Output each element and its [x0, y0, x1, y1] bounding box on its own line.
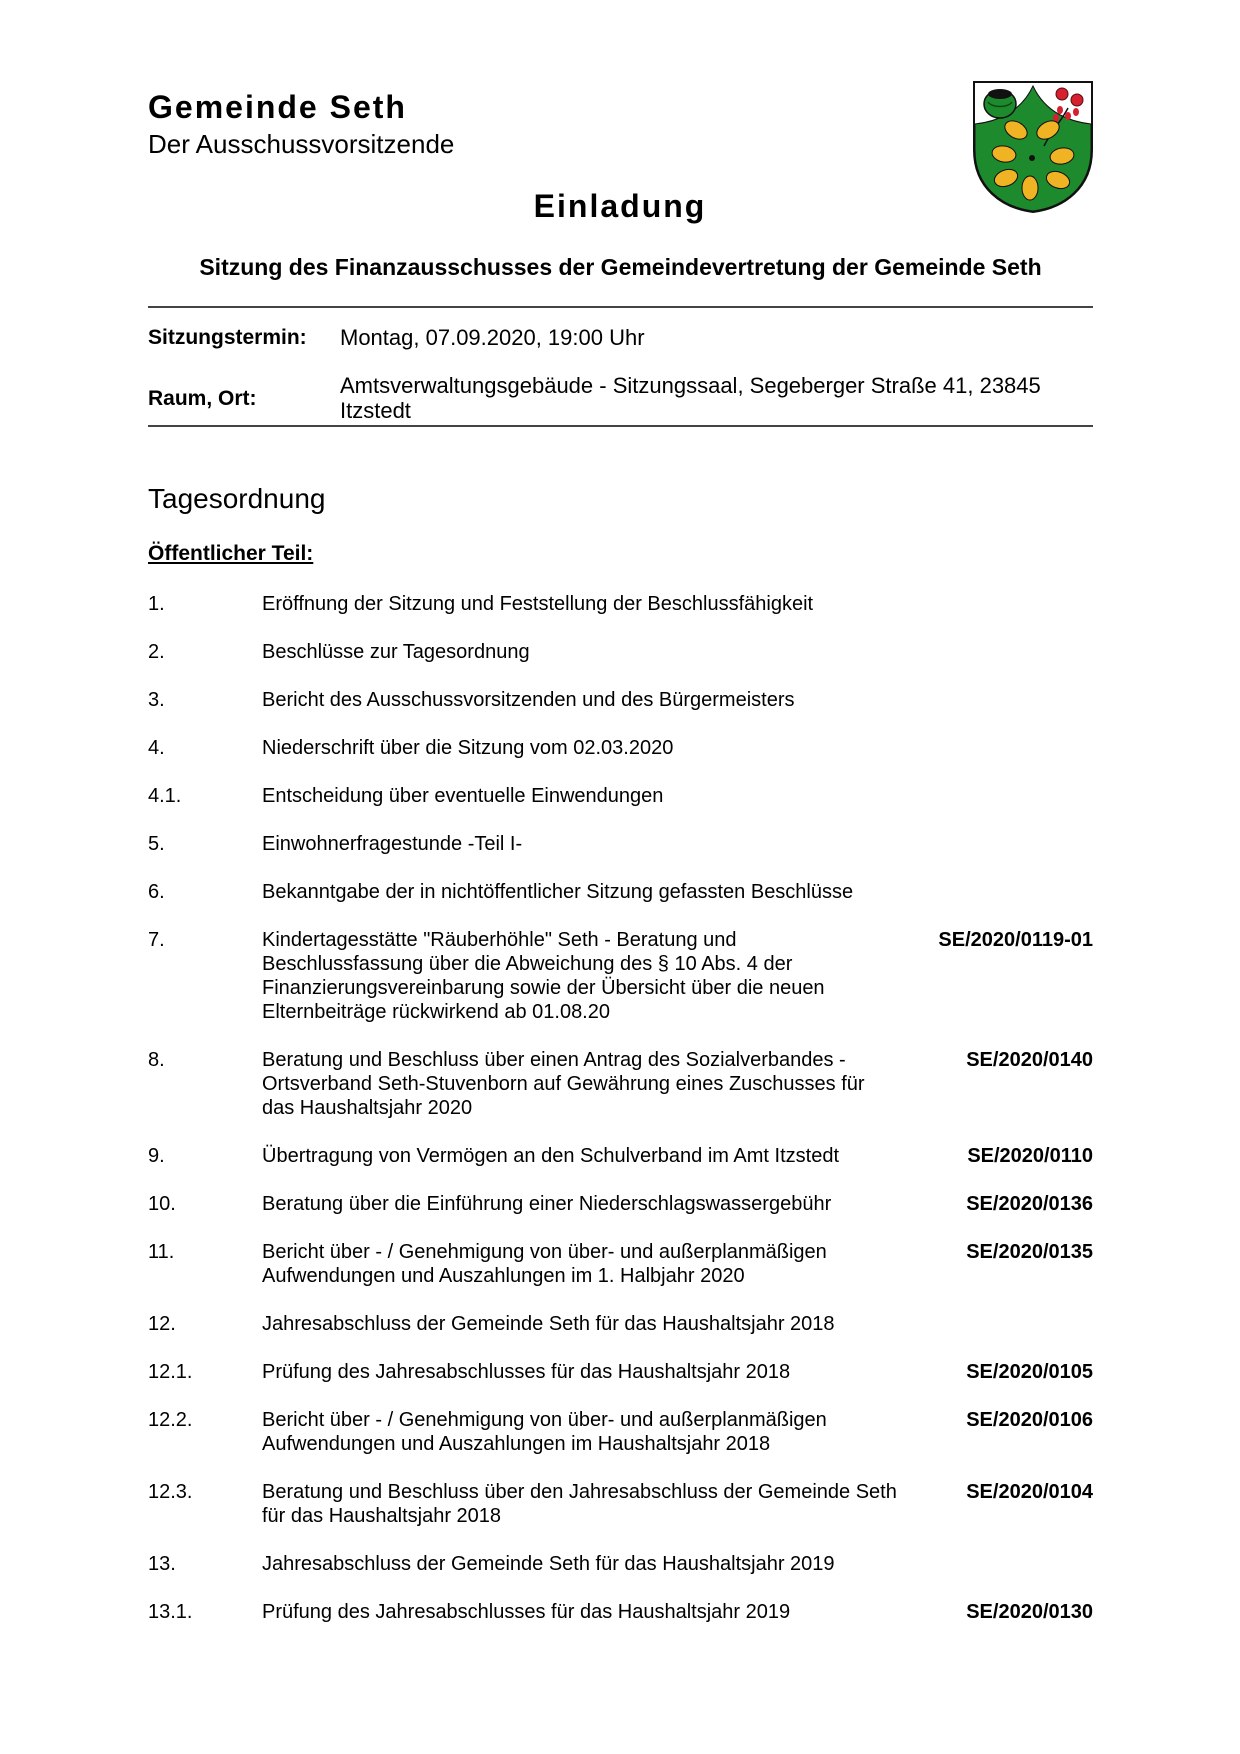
- agenda-item-title: Bericht des Ausschussvorsitzenden und de…: [262, 688, 923, 712]
- agenda-item-reference: SE/2020/0135: [923, 1240, 1093, 1264]
- agenda-item-title: Beschlüsse zur Tagesordnung: [262, 640, 923, 664]
- agenda-item-number: 12.: [148, 1312, 262, 1336]
- meeting-place-row: Raum, Ort: Amtsverwaltungsgebäude - Sitz…: [148, 373, 1093, 423]
- agenda-heading: Tagesordnung: [148, 482, 325, 516]
- agenda-item: 2.Beschlüsse zur Tagesordnung: [148, 640, 1093, 664]
- agenda-item: 3.Bericht des Ausschussvorsitzenden und …: [148, 688, 1093, 712]
- agenda-item-title: Bericht über - / Genehmigung von über- u…: [262, 1240, 923, 1288]
- agenda-item-reference: SE/2020/0104: [923, 1480, 1093, 1504]
- document-subtitle: Sitzung des Finanzausschusses der Gemein…: [148, 252, 1093, 282]
- agenda-item-title: Beratung und Beschluss über den Jahresab…: [262, 1480, 923, 1528]
- agenda-item-reference: SE/2020/0110: [923, 1144, 1093, 1168]
- agenda-item: 12.1.Prüfung des Jahresabschlusses für d…: [148, 1360, 1093, 1384]
- agenda-item-title: Prüfung des Jahresabschlusses für das Ha…: [262, 1360, 923, 1384]
- agenda-item: 4.1.Entscheidung über eventuelle Einwend…: [148, 784, 1093, 808]
- agenda-item-number: 4.: [148, 736, 262, 760]
- divider-bottom: [148, 425, 1093, 427]
- agenda-item: 7.Kindertagesstätte "Räuberhöhle" Seth -…: [148, 928, 1093, 1024]
- divider-top: [148, 306, 1093, 308]
- agenda-item-number: 10.: [148, 1192, 262, 1216]
- organization-subtitle: Der Ausschussvorsitzende: [148, 128, 454, 160]
- agenda-item-number: 8.: [148, 1048, 262, 1072]
- agenda-item: 12.Jahresabschluss der Gemeinde Seth für…: [148, 1312, 1093, 1336]
- agenda-item: 13.1.Prüfung des Jahresabschlusses für d…: [148, 1600, 1093, 1624]
- agenda-item-title: Übertragung von Vermögen an den Schulver…: [262, 1144, 923, 1168]
- agenda-item-title: Beratung und Beschluss über einen Antrag…: [262, 1048, 923, 1120]
- meeting-date-label: Sitzungstermin:: [148, 325, 340, 350]
- agenda-item-reference: SE/2020/0136: [923, 1192, 1093, 1216]
- agenda-item-number: 6.: [148, 880, 262, 904]
- agenda-item: 1.Eröffnung der Sitzung und Feststellung…: [148, 592, 1093, 616]
- meeting-place-value: Amtsverwaltungsgebäude - Sitzungssaal, S…: [340, 373, 1093, 423]
- document-page: Gemeinde Seth Der Ausschussvorsitzende: [0, 0, 1240, 1754]
- organization-name: Gemeinde Seth: [148, 88, 407, 126]
- meeting-date-value: Montag, 07.09.2020, 19:00 Uhr: [340, 325, 1093, 350]
- agenda-item-title: Jahresabschluss der Gemeinde Seth für da…: [262, 1552, 923, 1576]
- agenda-item-reference: SE/2020/0106: [923, 1408, 1093, 1432]
- agenda-item-number: 3.: [148, 688, 262, 712]
- agenda-item: 10.Beratung über die Einführung einer Ni…: [148, 1192, 1093, 1216]
- agenda-item-number: 12.3.: [148, 1480, 262, 1504]
- agenda-item-number: 12.2.: [148, 1408, 262, 1432]
- agenda-item-title: Eröffnung der Sitzung und Feststellung d…: [262, 592, 923, 616]
- agenda-item-reference: SE/2020/0105: [923, 1360, 1093, 1384]
- agenda-item-reference: SE/2020/0140: [923, 1048, 1093, 1072]
- agenda-item-title: Prüfung des Jahresabschlusses für das Ha…: [262, 1600, 923, 1624]
- agenda-item: 11.Bericht über - / Genehmigung von über…: [148, 1240, 1093, 1288]
- agenda-item-title: Beratung über die Einführung einer Niede…: [262, 1192, 923, 1216]
- agenda-item: 12.2.Bericht über - / Genehmigung von üb…: [148, 1408, 1093, 1456]
- agenda-item: 4.Niederschrift über die Sitzung vom 02.…: [148, 736, 1093, 760]
- agenda-item-title: Bericht über - / Genehmigung von über- u…: [262, 1408, 923, 1456]
- agenda-item: 8.Beratung und Beschluss über einen Antr…: [148, 1048, 1093, 1120]
- agenda-item: 13.Jahresabschluss der Gemeinde Seth für…: [148, 1552, 1093, 1576]
- agenda-item-number: 13.1.: [148, 1600, 262, 1624]
- agenda-item-number: 7.: [148, 928, 262, 952]
- agenda-item-number: 2.: [148, 640, 262, 664]
- agenda-list: 1.Eröffnung der Sitzung und Feststellung…: [148, 592, 1093, 1648]
- agenda-item-number: 5.: [148, 832, 262, 856]
- agenda-item-number: 1.: [148, 592, 262, 616]
- meeting-place-label: Raum, Ort:: [148, 386, 340, 411]
- agenda-item-reference: SE/2020/0119-01: [923, 928, 1093, 952]
- agenda-item-number: 4.1.: [148, 784, 262, 808]
- agenda-item: 9.Übertragung von Vermögen an den Schulv…: [148, 1144, 1093, 1168]
- agenda-item-title: Jahresabschluss der Gemeinde Seth für da…: [262, 1312, 923, 1336]
- public-part-heading: Öffentlicher Teil:: [148, 541, 313, 567]
- agenda-item-title: Einwohnerfragestunde -Teil I-: [262, 832, 923, 856]
- agenda-item-title: Niederschrift über die Sitzung vom 02.03…: [262, 736, 923, 760]
- agenda-item: 5.Einwohnerfragestunde -Teil I-: [148, 832, 1093, 856]
- agenda-item-number: 12.1.: [148, 1360, 262, 1384]
- agenda-item: 6.Bekanntgabe der in nichtöffentlicher S…: [148, 880, 1093, 904]
- agenda-item-title: Kindertagesstätte "Räuberhöhle" Seth - B…: [262, 928, 923, 1024]
- agenda-item-number: 11.: [148, 1240, 262, 1264]
- agenda-item-number: 13.: [148, 1552, 262, 1576]
- agenda-item-title: Bekanntgabe der in nichtöffentlicher Sit…: [262, 880, 923, 904]
- meeting-date-row: Sitzungstermin: Montag, 07.09.2020, 19:0…: [148, 325, 1093, 350]
- document-title: Einladung: [0, 186, 1240, 226]
- agenda-item-number: 9.: [148, 1144, 262, 1168]
- agenda-item-title: Entscheidung über eventuelle Einwendunge…: [262, 784, 923, 808]
- agenda-item: 12.3.Beratung und Beschluss über den Jah…: [148, 1480, 1093, 1528]
- agenda-item-reference: SE/2020/0130: [923, 1600, 1093, 1624]
